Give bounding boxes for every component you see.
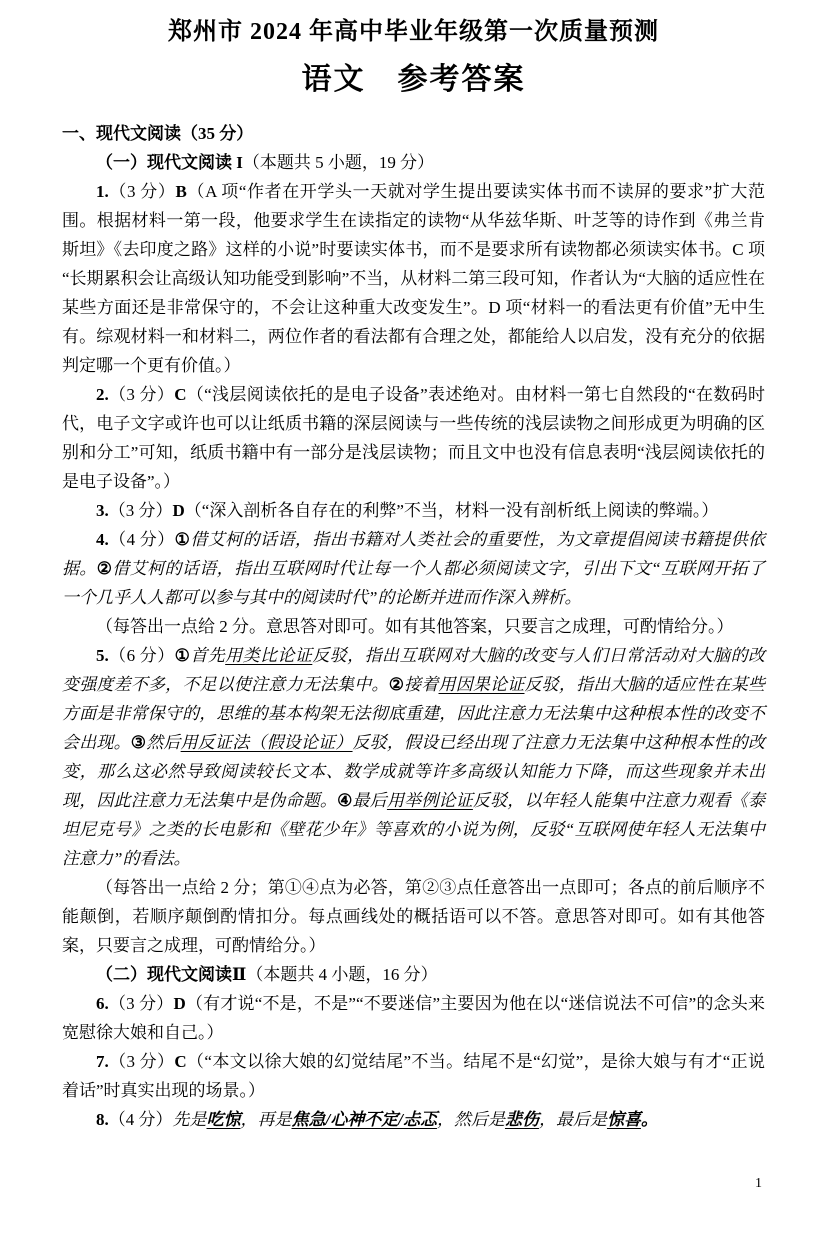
answer-item-1: 1.（3 分）B（A 项“作者在开学头一天就对学生提出要读实体书而不读屏的要求”… <box>62 177 765 380</box>
subsection-heading-reading-2: （二）现代文阅读Ⅱ（本题共 4 小题，16 分） <box>62 960 765 989</box>
text-run: 1. <box>96 182 109 201</box>
text-run: 2. <box>96 385 109 404</box>
text-run: 一、现代文阅读（35 分） <box>62 124 253 143</box>
answer-item-8: 8.（4 分）先是吃惊，再是焦急/心神不定/忐忑，然后是悲伤，最后是惊喜。 <box>62 1105 765 1134</box>
text-run: 6. <box>96 994 109 1013</box>
text-run: ，然后是 <box>437 1110 505 1129</box>
answer-item-3: 3.（3 分）D（“深入剖析各自存在的利弊”不当，材料一没有剖析纸上阅读的弊端。… <box>62 496 765 525</box>
text-run: ① <box>175 646 191 665</box>
text-run: ① <box>175 530 191 549</box>
answer-item-7: 7.（3 分）C（“本文以徐大娘的幻觉结尾”不当。结尾不是“幻觉”，是徐大娘与有… <box>62 1047 765 1105</box>
text-run: 借艾柯的话语，指出互联网时代让每一个人都必须阅读文字，引出下文“互联网开拓了一个… <box>62 559 765 607</box>
text-run: ，再是 <box>241 1110 292 1129</box>
text-run: 焦急/心神不定/忐忑 <box>292 1110 437 1129</box>
text-run: 接着 <box>404 675 438 694</box>
text-run: ② <box>97 559 113 578</box>
document-subtitle: 语文 参考答案 <box>62 60 765 99</box>
text-run: （4 分） <box>109 1110 173 1129</box>
text-run: D <box>173 994 185 1013</box>
text-run: 4. <box>96 530 109 549</box>
text-run: 惊喜 <box>607 1110 641 1129</box>
page-number: 1 <box>755 1177 762 1191</box>
text-run: （二）现代文阅读Ⅱ <box>96 965 246 984</box>
text-run: 7. <box>96 1052 109 1071</box>
text-run: 然后 <box>146 733 180 752</box>
text-run: 用因果论证 <box>439 675 525 694</box>
text-run: ② <box>389 675 404 694</box>
text-run: （本题共 4 小题，16 分） <box>246 965 437 984</box>
text-run: 8. <box>96 1110 109 1129</box>
document-title: 郑州市 2024 年高中毕业年级第一次质量预测 <box>62 16 765 48</box>
text-run: （3 分） <box>109 385 174 404</box>
text-run: 先是 <box>173 1110 207 1129</box>
text-run: 悲伤 <box>505 1110 539 1129</box>
text-run: 5. <box>96 646 109 665</box>
answer-item-6: 6.（3 分）D（有才说“不是，不是”“不要迷信”主要因为他在以“迷信说法不可信… <box>62 989 765 1047</box>
text-run: B <box>176 182 187 201</box>
text-run: ，最后是 <box>539 1110 607 1129</box>
text-run: 用反证法（假设论证） <box>181 733 353 752</box>
text-run: （3 分） <box>109 182 176 201</box>
text-run: 。 <box>641 1110 658 1129</box>
text-run: （3 分） <box>109 1052 175 1071</box>
document-page: 郑州市 2024 年高中毕业年级第一次质量预测 语文 参考答案 一、现代文阅读（… <box>0 0 823 1233</box>
text-run: （A 项“作者在开学头一天就对学生提出要读实体书而不读屏的要求”扩大范围。根据材… <box>62 182 765 375</box>
scoring-note-5: （每答出一点给 2 分；第①④点为必答，第②③点任意答出一点即可；各点的前后顺序… <box>62 873 765 960</box>
text-run: （3 分） <box>109 501 173 520</box>
text-run: ③ <box>131 733 146 752</box>
subsection-heading-reading-1: （一）现代文阅读 I（本题共 5 小题，19 分） <box>62 148 765 177</box>
text-run: 用举例论证 <box>387 791 473 810</box>
text-run: ④ <box>337 791 352 810</box>
text-run: 首先 <box>190 646 225 665</box>
text-run: 最后 <box>353 791 387 810</box>
text-run: 吃惊 <box>207 1110 241 1129</box>
text-run: （6 分） <box>109 646 175 665</box>
text-run: （3 分） <box>109 994 174 1013</box>
text-run: （4 分） <box>109 530 175 549</box>
text-run: D <box>173 501 185 520</box>
answer-item-5: 5.（6 分）①首先用类比论证反驳，指出互联网对大脑的改变与人们日常活动对大脑的… <box>62 641 765 873</box>
text-run: C <box>174 1052 186 1071</box>
text-run: （每答出一点给 2 分；第①④点为必答，第②③点任意答出一点即可；各点的前后顺序… <box>62 878 765 955</box>
document-body: 一、现代文阅读（35 分）（一）现代文阅读 I（本题共 5 小题，19 分）1.… <box>62 119 765 1134</box>
text-run: 用类比论证 <box>225 646 312 665</box>
text-run: 3. <box>96 501 109 520</box>
text-run: （“深入剖析各自存在的利弊”不当，材料一没有剖析纸上阅读的弊端。） <box>185 501 719 520</box>
text-run: C <box>174 385 186 404</box>
text-run: （一）现代文阅读 I <box>96 153 243 172</box>
scoring-note-4: （每答出一点给 2 分。意思答对即可。如有其他答案，只要言之成理，可酌情给分。） <box>62 612 765 641</box>
text-run: （本题共 5 小题，19 分） <box>243 153 434 172</box>
text-run: （每答出一点给 2 分。意思答对即可。如有其他答案，只要言之成理，可酌情给分。） <box>96 617 734 636</box>
section-heading-modern-reading: 一、现代文阅读（35 分） <box>62 119 765 148</box>
answer-item-4: 4.（4 分）①借艾柯的话语，指出书籍对人类社会的重要性，为文章提倡阅读书籍提供… <box>62 525 765 612</box>
answer-item-2: 2.（3 分）C（“浅层阅读依托的是电子设备”表述绝对。由材料一第七自然段的“在… <box>62 380 765 496</box>
